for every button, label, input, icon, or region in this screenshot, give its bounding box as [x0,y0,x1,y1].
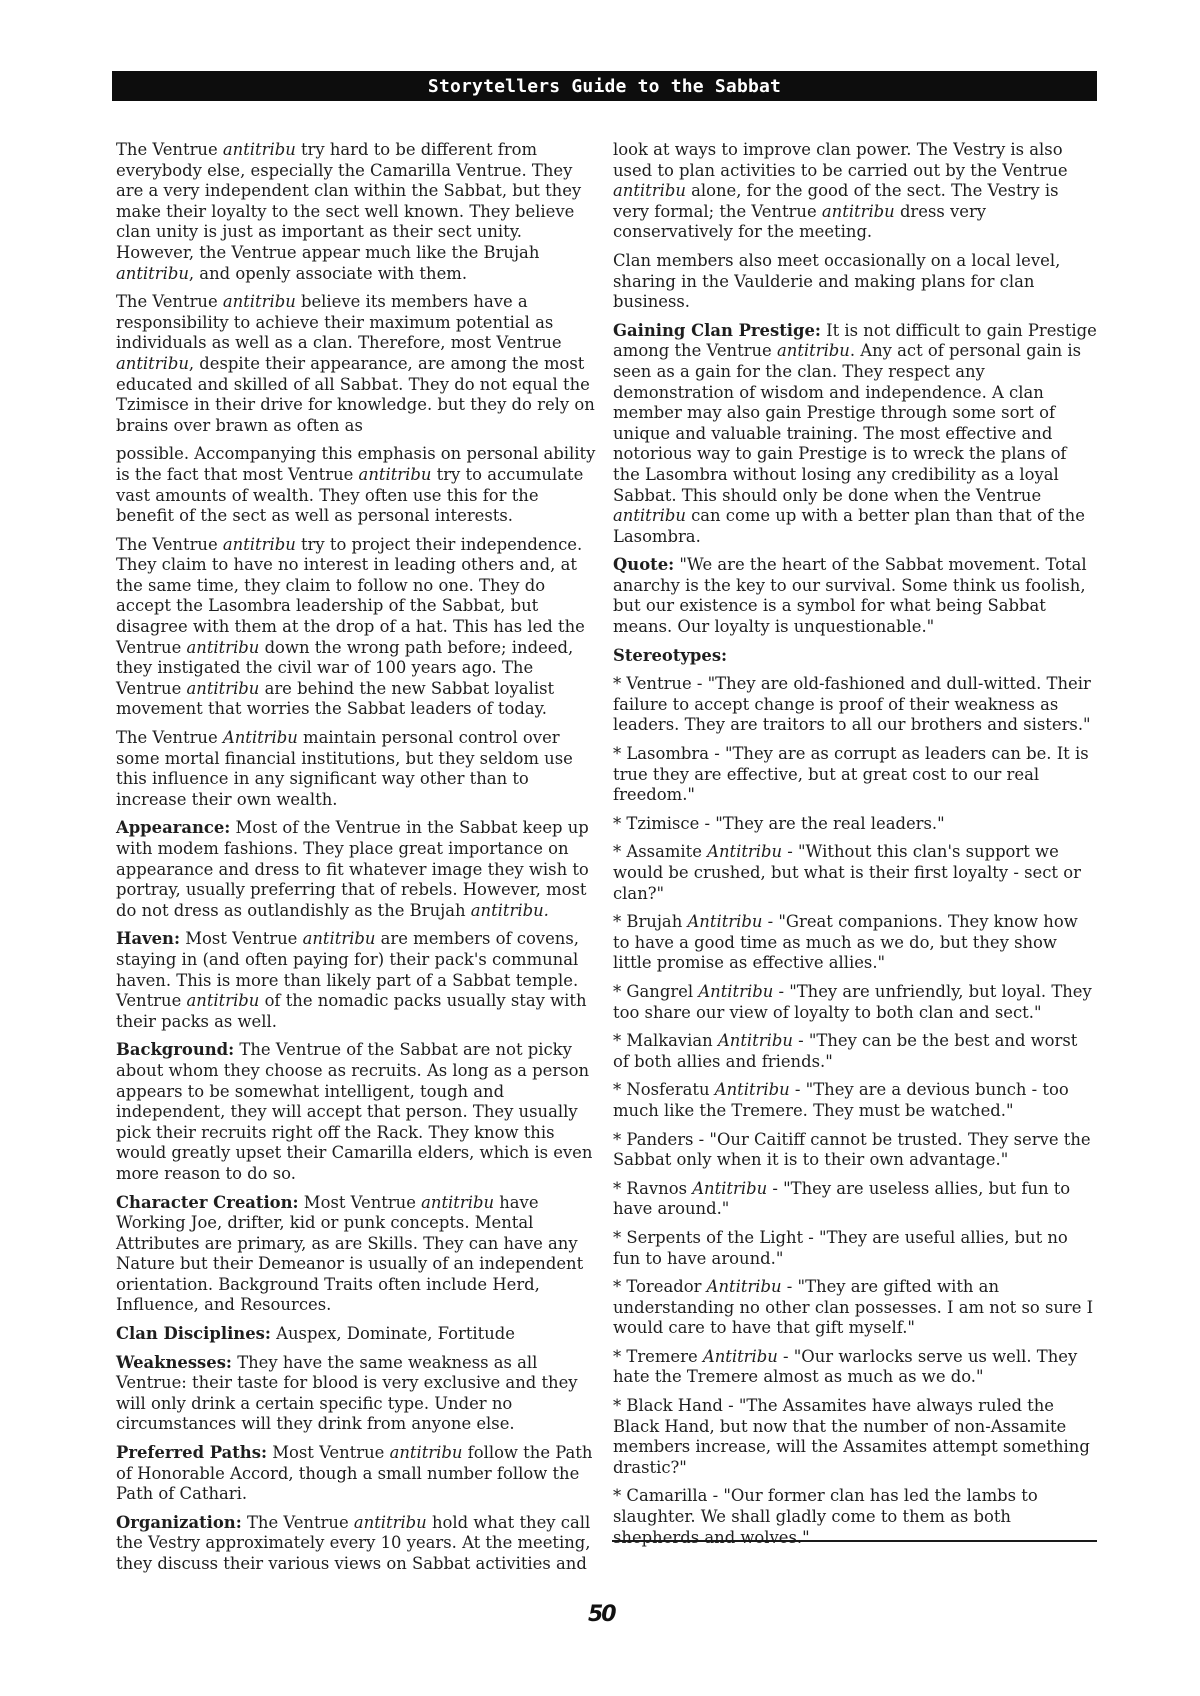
paragraph-label: Background: [116,1040,234,1059]
italic-term: antitribu [223,292,296,311]
text-run: Clan members also meet occasionally on a… [613,251,1060,311]
italic-term: Antitribu [698,982,773,1001]
italic-term: Antitribu [715,1080,790,1099]
italic-term: Antitribu [718,1031,793,1050]
paragraph: Clan Disciplines: Auspex, Dominate, Fort… [116,1324,599,1345]
paragraph-label: Character Creation: [116,1193,299,1212]
paragraph-label: Haven: [116,929,180,948]
italic-term: antitribu [421,1193,494,1212]
page-number: 50 [588,1602,615,1627]
text-run: Most Ventrue [299,1193,422,1212]
paragraph: Weaknesses: They have the same weakness … [116,1353,599,1435]
text-run: The Ventrue of the Sabbat are not picky … [116,1040,592,1183]
italic-term: antitribu [390,1443,463,1462]
italic-term: antitribu [822,202,895,221]
right-column: look at ways to improve clan power. The … [613,140,1097,1556]
italic-term: Antitribu [703,1347,778,1366]
italic-term: antitribu [116,354,189,373]
text-run: * Panders - "Our Caitiff cannot be trust… [613,1130,1091,1170]
paragraph: The Ventrue antitribu try hard to be dif… [116,140,599,284]
italic-term: antitribu [186,991,259,1010]
paragraph: * Ravnos Antitribu - "They are useless a… [613,1179,1097,1220]
text-run: * Assamite [613,842,707,861]
paragraph: The Ventrue antitribu try to project the… [116,535,599,720]
italic-term: antitribu [354,1513,427,1532]
paragraph: Organization: The Ventrue antitribu hold… [116,1513,599,1575]
italic-term: antitribu [186,679,259,698]
italic-term: Antitribu [687,912,762,931]
paragraph-label: Clan Disciplines: [116,1324,271,1343]
paragraph: * Nosferatu Antitribu - "They are a devi… [613,1080,1097,1121]
paragraph: * Gangrel Antitribu - "They are unfriend… [613,982,1097,1023]
italic-term: antitribu [223,535,296,554]
italic-term: Antitribu [707,1277,782,1296]
paragraph: The Ventrue Antitribu maintain personal … [116,728,599,810]
italic-term: antitribu [777,341,850,360]
italic-term: Antitribu [707,842,782,861]
left-column: The Ventrue antitribu try hard to be dif… [116,140,599,1583]
italic-term: antitribu [186,638,259,657]
text-run: * Tzimisce - "They are the real leaders.… [613,814,945,833]
text-run: The Ventrue [116,728,223,747]
text-run: Most Ventrue [267,1443,390,1462]
paragraph: * Assamite Antitribu - "Without this cla… [613,842,1097,904]
text-run: * Brujah [613,912,687,931]
text-run: Most Ventrue [180,929,303,948]
paragraph-label: Quote: [613,555,674,574]
italic-term: antitribu [613,506,686,525]
text-run: * Toreador [613,1277,707,1296]
italic-term: antitribu [303,929,376,948]
paragraph: Preferred Paths: Most Ventrue antitribu … [116,1443,599,1505]
paragraph: Haven: Most Ventrue antitribu are member… [116,929,599,1032]
text-run: * Black Hand - "The Assamites have alway… [613,1396,1090,1477]
paragraph: Background: The Ventrue of the Sabbat ar… [116,1040,599,1184]
paragraph: * Tzimisce - "They are the real leaders.… [613,814,1097,835]
paragraph: Appearance: Most of the Ventrue in the S… [116,818,599,921]
italic-term: antitribu. [471,901,549,920]
paragraph: * Tremere Antitribu - "Our warlocks serv… [613,1347,1097,1388]
running-header-title: Storytellers Guide to the Sabbat [428,76,781,97]
paragraph: * Malkavian Antitribu - "They can be the… [613,1031,1097,1072]
paragraph: Stereotypes: [613,646,1097,667]
paragraph: look at ways to improve clan power. The … [613,140,1097,243]
paragraph-label: Organization: [116,1513,242,1532]
paragraph: * Panders - "Our Caitiff cannot be trust… [613,1130,1097,1171]
text-run: * Malkavian [613,1031,718,1050]
paragraph: Quote: "We are the heart of the Sabbat m… [613,555,1097,637]
italic-term: Antitribu [692,1179,767,1198]
italic-term: antitribu [359,465,432,484]
text-run: * Serpents of the Light - "They are usef… [613,1228,1068,1268]
text-run: The Ventrue [242,1513,354,1532]
paragraph: Character Creation: Most Ventrue antitri… [116,1193,599,1317]
italic-term: antitribu [223,140,296,159]
paragraph-label: Appearance: [116,818,230,837]
paragraph-label: Preferred Paths: [116,1443,267,1462]
text-run: , and openly associate with them. [189,264,467,283]
paragraph: Gaining Clan Prestige: It is not difficu… [613,321,1097,548]
section-end-rule [612,1540,1097,1542]
paragraph: * Camarilla - "Our former clan has led t… [613,1486,1097,1548]
paragraph-label: Gaining Clan Prestige: [613,321,821,340]
paragraph-label: Weaknesses: [116,1353,232,1372]
paragraph: * Serpents of the Light - "They are usef… [613,1228,1097,1269]
text-run: * Tremere [613,1347,703,1366]
paragraph: * Toreador Antitribu - "They are gifted … [613,1277,1097,1339]
paragraph: * Brujah Antitribu - "Great companions. … [613,912,1097,974]
paragraph: * Ventrue - "They are old-fashioned and … [613,674,1097,736]
text-run: * Lasombra - "They are as corrupt as lea… [613,744,1089,804]
text-run: * Ravnos [613,1179,692,1198]
text-run: The Ventrue [116,292,223,311]
italic-term: antitribu [116,264,189,283]
text-run: * Gangrel [613,982,698,1001]
paragraph: The Ventrue antitribu believe its member… [116,292,599,436]
text-run: look at ways to improve clan power. The … [613,140,1068,180]
text-run: * Nosferatu [613,1080,715,1099]
text-run: "We are the heart of the Sabbat movement… [613,555,1087,636]
text-run: The Ventrue [116,535,223,554]
paragraph: Clan members also meet occasionally on a… [613,251,1097,313]
text-run: * Ventrue - "They are old-fashioned and … [613,674,1091,734]
paragraph-label: Stereotypes: [613,646,727,665]
italic-term: Antitribu [223,728,298,747]
paragraph: * Lasombra - "They are as corrupt as lea… [613,744,1097,806]
paragraph: possible. Accompanying this emphasis on … [116,444,599,526]
text-run: The Ventrue [116,140,223,159]
running-header-bar: Storytellers Guide to the Sabbat [112,71,1097,101]
text-run: . Any act of personal gain is seen as a … [613,341,1081,504]
text-run: * Camarilla - "Our former clan has led t… [613,1486,1038,1546]
paragraph: * Black Hand - "The Assamites have alway… [613,1396,1097,1478]
text-run: Auspex, Dominate, Fortitude [271,1324,515,1343]
italic-term: antitribu [613,181,686,200]
